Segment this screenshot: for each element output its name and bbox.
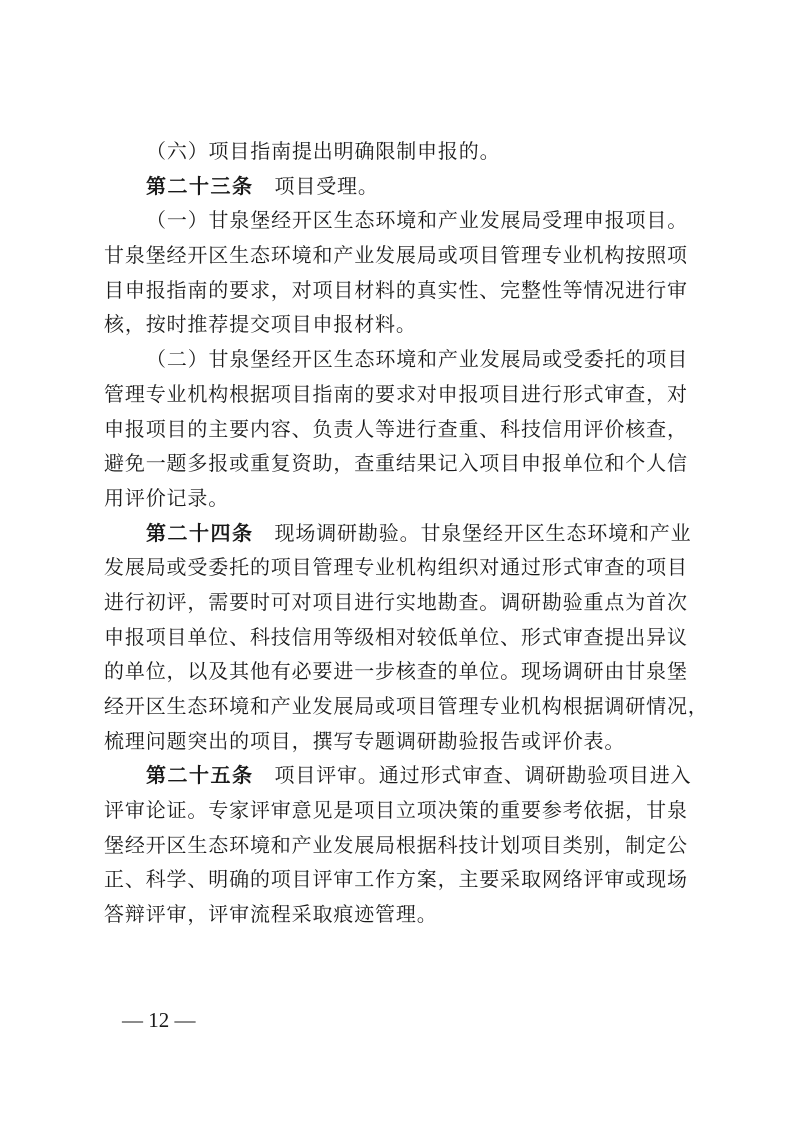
text-line: 目申报指南的要求，对项目材料的真实性、完整性等情况进行审: [104, 277, 704, 312]
line-text: 避免一题多报或重复资助，查重结果记入项目申报单位和个人信: [104, 451, 688, 475]
text-line: 管理专业机构根据项目指南的要求对申报项目进行形式审查，对: [104, 381, 704, 416]
text-line: 甘泉堡经开区生态环境和产业发展局或项目管理专业机构按照项: [104, 242, 704, 277]
article-23-title: 项目受理。: [275, 174, 379, 198]
text-line: 申报项目单位、科技信用等级相对较低单位、形式审查提出异议: [104, 624, 704, 659]
article-25-heading: 第二十五条: [146, 763, 254, 787]
line-text: 经开区生态环境和产业发展局或项目管理专业机构根据调研情况，: [104, 694, 709, 718]
line-text: 发展局或受委托的项目管理专业机构组织对通过形式审查的项目: [104, 555, 688, 579]
article-23-heading: 第二十三条: [146, 174, 254, 198]
line-text: 申报项目的主要内容、负责人等进行查重、科技信用评价核查，: [104, 417, 688, 441]
line-text: 堡经开区生态环境和产业发展局根据科技计划项目类别，制定公: [104, 833, 688, 857]
line-text: 管理专业机构根据项目指南的要求对申报项目进行形式审查，对: [104, 382, 688, 406]
line-text: 评审论证。专家评审意见是项目立项决策的重要参考依据，甘泉: [104, 798, 688, 822]
text-line: 评审论证。专家评审意见是项目立项决策的重要参考依据，甘泉: [104, 797, 704, 832]
text-line: 梳理问题突出的项目，撰写专题调研勘验报告或评价表。: [104, 728, 704, 763]
text-line: 进行初评，需要时可对项目进行实地勘查。调研勘验重点为首次: [104, 589, 704, 624]
text-line: 的单位，以及其他有必要进一步核查的单位。现场调研由甘泉堡: [104, 658, 704, 693]
text-line: 经开区生态环境和产业发展局或项目管理专业机构根据调研情况，: [104, 693, 704, 728]
document-page: （六）项目指南提出明确限制申报的。 第二十三条项目受理。 （一）甘泉堡经开区生态…: [0, 0, 793, 1122]
clause-1-line: （一）甘泉堡经开区生态环境和产业发展局受理申报项目。: [104, 207, 704, 242]
line-text: 答辩评审，评审流程采取痕迹管理。: [104, 902, 438, 926]
line-text: 目申报指南的要求，对项目材料的真实性、完整性等情况进行审: [104, 278, 688, 302]
text-line: 核，按时推荐提交项目申报材料。: [104, 311, 704, 346]
article-24-heading: 第二十四条: [146, 521, 254, 545]
line-text: 核，按时推荐提交项目申报材料。: [104, 312, 417, 336]
article-25-heading-line: 第二十五条项目评审。通过形式审查、调研勘验项目进入: [104, 762, 704, 797]
line-text: （六）项目指南提出明确限制申报的。: [146, 139, 500, 163]
line-text: 进行初评，需要时可对项目进行实地勘查。调研勘验重点为首次: [104, 590, 688, 614]
article-25-text: 项目评审。通过形式审查、调研勘验项目进入: [275, 763, 692, 787]
article-24-text: 现场调研勘验。甘泉堡经开区生态环境和产业: [275, 521, 692, 545]
text-line: 用评价记录。: [104, 485, 704, 520]
article-24-heading-line: 第二十四条现场调研勘验。甘泉堡经开区生态环境和产业: [104, 520, 704, 555]
text-line: 正、科学、明确的项目评审工作方案，主要采取网络评审或现场: [104, 866, 704, 901]
line-text: 用评价记录。: [104, 486, 229, 510]
line-text: 的单位，以及其他有必要进一步核查的单位。现场调研由甘泉堡: [104, 659, 688, 683]
text-line: 发展局或受委托的项目管理专业机构组织对通过形式审查的项目: [104, 554, 704, 589]
line-text: 申报项目单位、科技信用等级相对较低单位、形式审查提出异议: [104, 625, 688, 649]
line-text: 正、科学、明确的项目评审工作方案，主要采取网络评审或现场: [104, 867, 688, 891]
clause-6-line: （六）项目指南提出明确限制申报的。: [104, 138, 704, 173]
line-text: 梳理问题突出的项目，撰写专题调研勘验报告或评价表。: [104, 729, 625, 753]
line-text: （二）甘泉堡经开区生态环境和产业发展局或受委托的项目: [146, 347, 688, 371]
article-23-heading-line: 第二十三条项目受理。: [104, 173, 704, 208]
text-line: 答辩评审，评审流程采取痕迹管理。: [104, 901, 704, 936]
line-text: （一）甘泉堡经开区生态环境和产业发展局受理申报项目。: [146, 208, 688, 232]
text-line: 避免一题多报或重复资助，查重结果记入项目申报单位和个人信: [104, 450, 704, 485]
page-number: — 12 —: [122, 1008, 196, 1033]
clause-2-line: （二）甘泉堡经开区生态环境和产业发展局或受委托的项目: [104, 346, 704, 381]
text-line: 堡经开区生态环境和产业发展局根据科技计划项目类别，制定公: [104, 832, 704, 867]
body-text: （六）项目指南提出明确限制申报的。 第二十三条项目受理。 （一）甘泉堡经开区生态…: [104, 138, 704, 936]
text-line: 申报项目的主要内容、负责人等进行查重、科技信用评价核查，: [104, 416, 704, 451]
line-text: 甘泉堡经开区生态环境和产业发展局或项目管理专业机构按照项: [104, 243, 688, 267]
